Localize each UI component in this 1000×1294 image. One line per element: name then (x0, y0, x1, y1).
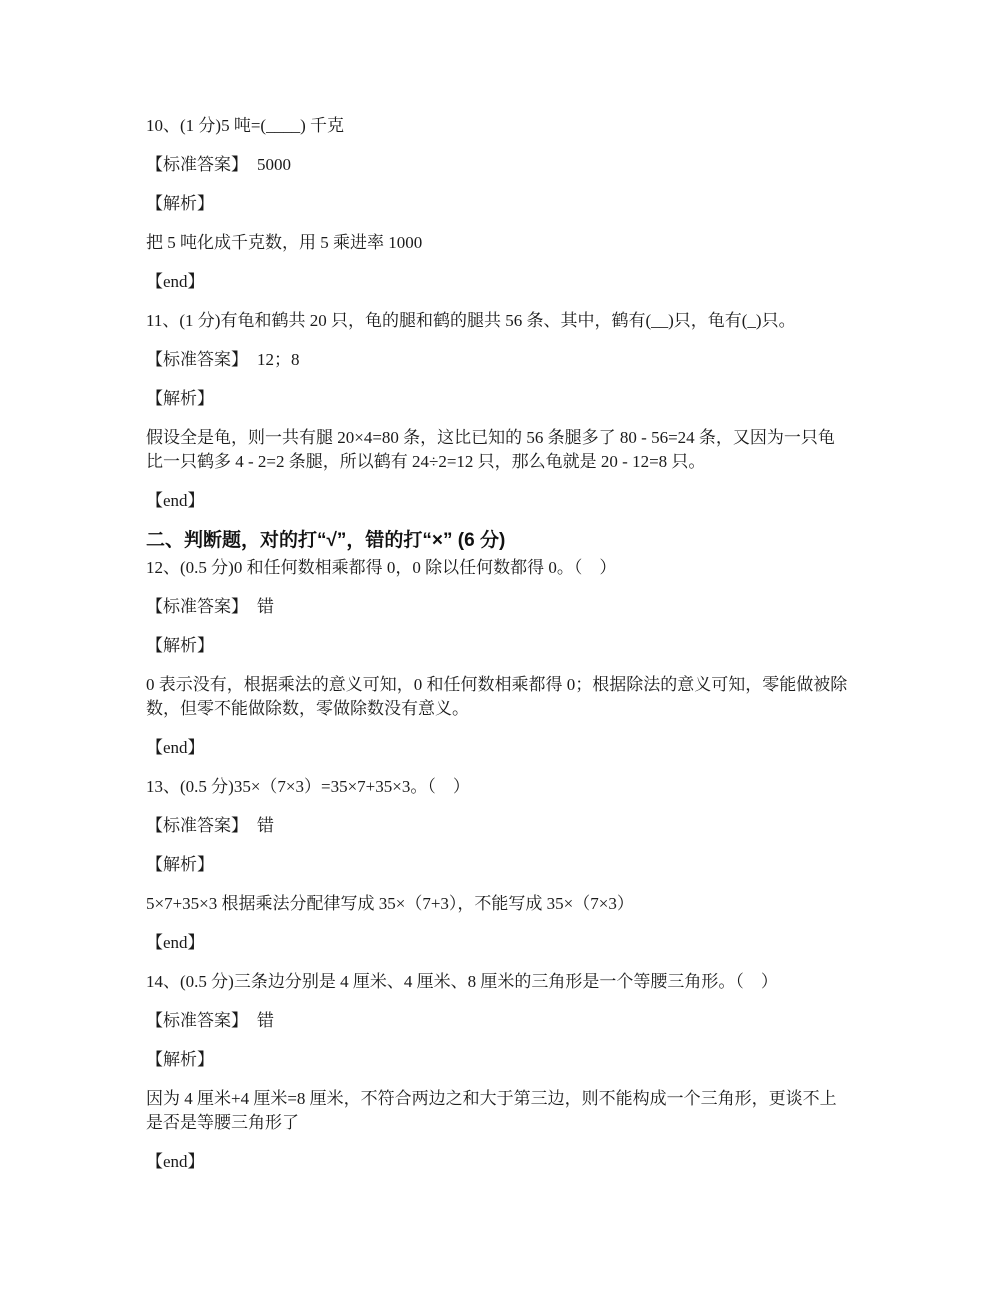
exam-answer-document: 10、(1 分)5 吨=(____) 千克 【标准答案】5000 【解析】 把 … (146, 114, 980, 1174)
standard-answer-value: 12；8 (257, 350, 300, 369)
question-text: 10、(1 分)5 吨=(____) 千克 (146, 114, 980, 138)
end-marker: 【end】 (146, 489, 980, 513)
analysis-text: 0 表示没有，根据乘法的意义可知，0 和任何数相乘都得 0；根据除法的意义可知，… (146, 673, 980, 721)
analysis-text: 把 5 吨化成千克数，用 5 乘进率 1000 (146, 231, 980, 255)
question-block-13: 13、(0.5 分)35×（7×3）=35×7+35×3。（ ） 【标准答案】错… (146, 775, 980, 955)
section-heading: 二、判断题，对的打“√”，错的打“×” (6 分) (146, 528, 980, 554)
analysis-text: 因为 4 厘米+4 厘米=8 厘米，不符合两边之和大于第三边，则不能构成一个三角… (146, 1087, 980, 1135)
standard-answer-value: 错 (257, 597, 274, 616)
standard-answer-value: 错 (257, 816, 274, 835)
standard-answer-label: 【标准答案】 (146, 597, 248, 616)
question-block-11: 11、(1 分)有龟和鹤共 20 只，龟的腿和鹤的腿共 56 条、其中，鹤有(_… (146, 309, 980, 513)
question-block-14: 14、(0.5 分)三条边分别是 4 厘米、4 厘米、8 厘米的三角形是一个等腰… (146, 970, 980, 1174)
answer-line: 【标准答案】12；8 (146, 348, 980, 372)
document-page: 10、(1 分)5 吨=(____) 千克 【标准答案】5000 【解析】 把 … (0, 0, 1000, 1294)
end-marker: 【end】 (146, 270, 980, 294)
end-marker: 【end】 (146, 1150, 980, 1174)
analysis-label: 【解析】 (146, 1048, 980, 1072)
standard-answer-label: 【标准答案】 (146, 816, 248, 835)
standard-answer-label: 【标准答案】 (146, 155, 248, 174)
question-block-10: 10、(1 分)5 吨=(____) 千克 【标准答案】5000 【解析】 把 … (146, 114, 980, 294)
question-block-12: 12、(0.5 分)0 和任何数相乘都得 0，0 除以任何数都得 0。（ ） 【… (146, 556, 980, 760)
standard-answer-value: 5000 (257, 155, 291, 174)
question-text: 11、(1 分)有龟和鹤共 20 只，龟的腿和鹤的腿共 56 条、其中，鹤有(_… (146, 309, 980, 333)
question-text: 12、(0.5 分)0 和任何数相乘都得 0，0 除以任何数都得 0。（ ） (146, 556, 980, 580)
analysis-label: 【解析】 (146, 192, 980, 216)
question-text: 13、(0.5 分)35×（7×3）=35×7+35×3。（ ） (146, 775, 980, 799)
analysis-text: 假设全是龟，则一共有腿 20×4=80 条，这比已知的 56 条腿多了 80 -… (146, 426, 980, 474)
standard-answer-value: 错 (257, 1011, 274, 1030)
end-marker: 【end】 (146, 736, 980, 760)
answer-line: 【标准答案】5000 (146, 153, 980, 177)
analysis-label: 【解析】 (146, 853, 980, 877)
analysis-label: 【解析】 (146, 634, 980, 658)
answer-line: 【标准答案】错 (146, 1009, 980, 1033)
answer-line: 【标准答案】错 (146, 595, 980, 619)
analysis-text: 5×7+35×3 根据乘法分配律写成 35×（7+3），不能写成 35×（7×3… (146, 892, 980, 916)
analysis-label: 【解析】 (146, 387, 980, 411)
end-marker: 【end】 (146, 931, 980, 955)
question-text: 14、(0.5 分)三条边分别是 4 厘米、4 厘米、8 厘米的三角形是一个等腰… (146, 970, 980, 994)
answer-line: 【标准答案】错 (146, 814, 980, 838)
standard-answer-label: 【标准答案】 (146, 1011, 248, 1030)
standard-answer-label: 【标准答案】 (146, 350, 248, 369)
